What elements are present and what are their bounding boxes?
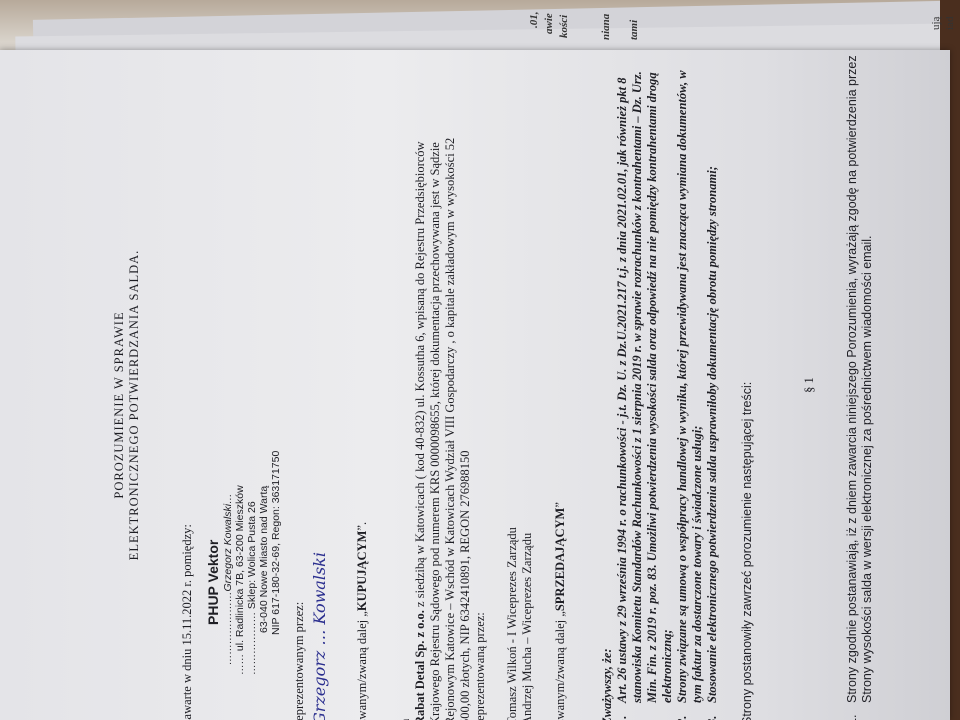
whereas-item: 3.Stosowanie elektronicznego potwierdzen…: [705, 65, 720, 720]
document-title: POROZUMIENIE W SPRAWIE ELEKTRONICZNEGO P…: [112, 85, 142, 720]
underlying-text-fragment: tami: [628, 20, 640, 40]
whereas-label: Zważywszy, że:: [600, 65, 615, 720]
seller-description: Rabat Detal Sp. z o.o. z siedzibą w Kato…: [413, 105, 473, 720]
underlying-text-fragment: niana: [600, 14, 612, 40]
clause-item: 1.Strony zgodnie postanawiają, iż z dnie…: [845, 50, 875, 720]
representative: Andrzej Mucha – Wiceprezes Zarządu: [520, 527, 535, 720]
whereas-item: 1.Art. 26 ustawy z 29 września 1994 r. o…: [615, 65, 675, 720]
buyer-shop: ……………… Sklep: Wolica Pusta 26: [246, 275, 258, 675]
buyer-ids: NIP 617-180-32-69, Regon: 363171750: [270, 275, 282, 675]
intro-text: zawarte w dniu 15.11.2022 r. pomiędzy:: [180, 524, 195, 720]
buyer-address: …… ul. Radlinicka 7B, 63-200 Mieszków: [234, 275, 246, 675]
section-heading: § 1: [802, 85, 817, 720]
representative: Tomasz Wilkoń - I Wiceprezes Zarządu: [505, 527, 520, 720]
buyer-represented-label: reprezentowanym przez:: [292, 602, 307, 720]
underlying-text-fragment: iad: [944, 17, 956, 30]
whereas-section: Zważywszy, że: 1.Art. 26 ustawy z 29 wrz…: [600, 65, 720, 720]
seller-name: Rabat Detal Sp. z o.o.: [413, 610, 427, 720]
clause-list: 1.Strony zgodnie postanawiają, iż z dnie…: [845, 50, 875, 720]
seller-called: zwanym/zwaną dalej „SPRZEDAJĄCYM”: [553, 502, 568, 720]
agreement-intro: Strony postanowiły zawrzeć porozumienie …: [740, 382, 755, 720]
seller-representatives: Tomasz Wilkoń - I Wiceprezes Zarządu And…: [505, 527, 535, 720]
whereas-item: 2.Strony związane są umową o współpracy …: [675, 65, 705, 720]
buyer-called: zwanym/zwaną dalej „KUPUJĄCYM”.: [355, 522, 370, 720]
buyer-city: 63-040 Nowe Miasto nad Wartą: [258, 275, 270, 675]
buyer-name: PHUP Vektor: [205, 275, 222, 675]
seller-role: SPRZEDAJĄCYM: [553, 508, 567, 611]
document-content: POROZUMIENIE W SPRAWIE ELEKTRONICZNEGO P…: [60, 85, 950, 720]
underlying-text-fragment: .01,: [528, 12, 540, 29]
title-line-2: ELEKTRONICZNEGO POTWIERDZANIA SALDA.: [127, 85, 142, 720]
underlying-text-fragment: ują: [930, 17, 942, 30]
buyer-role: KUPUJĄCYM: [355, 531, 369, 612]
buyer-signature: Grzegorz … Kowalski: [312, 552, 327, 720]
document-page: POROZUMIENIE W SPRAWIE ELEKTRONICZNEGO P…: [0, 50, 950, 720]
seller-represented-label: reprezentowaną przez:: [473, 612, 488, 720]
buyer-stamp: PHUP Vektor …………………Grzegorz Kowalski… ………: [205, 275, 282, 720]
underlying-text-fragment: awie: [543, 13, 555, 34]
buyer-owner: …………………Grzegorz Kowalski…: [222, 275, 234, 675]
underlying-text-fragment: kości: [558, 15, 570, 38]
title-line-1: POROZUMIENIE W SPRAWIE: [112, 85, 127, 720]
